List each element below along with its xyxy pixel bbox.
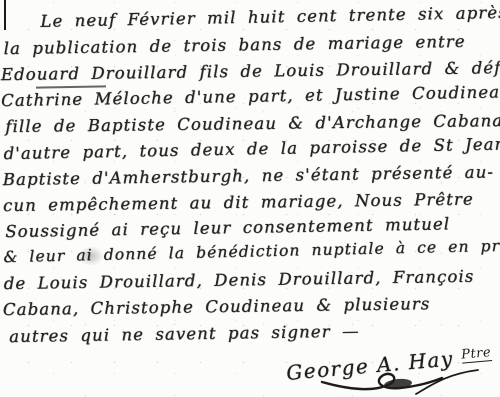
manuscript-line: autres qui ne savent pas signer —	[9, 322, 360, 347]
manuscript-line: & leur ai donné la bénédiction nuptiale …	[3, 236, 500, 267]
manuscript-line: de Louis Drouillard, Denis Drouillard, F…	[4, 267, 475, 293]
manuscript-line: Cabana, Christophe Coudineau & plusieurs	[3, 294, 431, 319]
manuscript-line: Edouard Drouillard fils de Louis Drouill…	[1, 58, 500, 85]
signature-title: Ptre	[461, 345, 492, 364]
manuscript-line: Cathrine Méloche d'une part, et Justine …	[1, 82, 500, 110]
manuscript-line: fille de Baptiste Coudineau & d'Archange…	[5, 111, 500, 136]
signature-flourish	[320, 368, 480, 396]
manuscript-page: Le neuf Février mil huit cent trente six…	[0, 0, 500, 397]
manuscript-line: cun empêchement au dit mariage, Nous Prê…	[3, 190, 474, 216]
manuscript-line: la publication de trois bans de mariage …	[4, 32, 466, 58]
manuscript-line: Le neuf Février mil huit cent trente six…	[40, 3, 500, 31]
manuscript-line: Baptiste d'Amherstburgh, ne s'étant prés…	[3, 162, 495, 189]
manuscript-line: Soussigné ai reçu leur consentement mutu…	[5, 214, 450, 241]
manuscript-line: d'autre part, tous deux de la paroisse d…	[3, 134, 500, 163]
manuscript-text-block: Le neuf Février mil huit cent trente six…	[0, 0, 500, 397]
